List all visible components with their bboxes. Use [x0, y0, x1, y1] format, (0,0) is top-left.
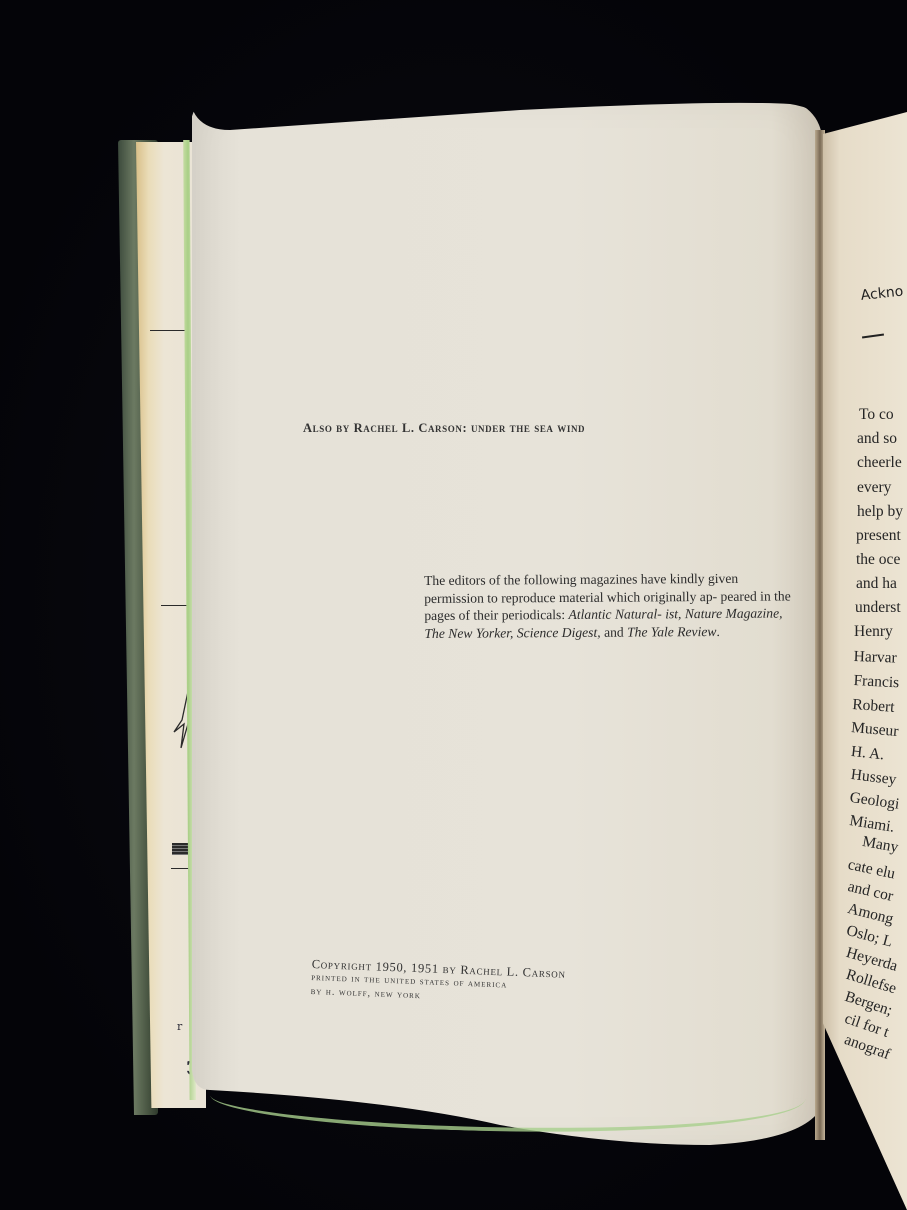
- right-line: Henry: [854, 623, 893, 641]
- jacket-rule-1: [150, 330, 185, 331]
- book-photo-scene: r C Also by Rachel L. Carson: under the …: [0, 0, 907, 1210]
- right-line: Francis: [853, 672, 900, 692]
- right-line: help by: [857, 503, 903, 521]
- right-line: Harvar: [853, 648, 897, 667]
- right-line: underst: [855, 599, 901, 617]
- permission-line-2: permission to reproduce material which o…: [424, 588, 717, 605]
- right-line: the oce: [856, 551, 900, 569]
- right-line: Robert: [852, 696, 895, 717]
- periodical-yale-review: The Yale Review: [627, 623, 716, 639]
- right-line: and so: [857, 430, 897, 448]
- also-by-line: Also by Rachel L. Carson: under the sea …: [303, 421, 585, 436]
- permission-line-1: The editors of the following magazines h…: [424, 571, 738, 588]
- right-line: every: [857, 479, 891, 497]
- right-line: To co: [859, 406, 894, 424]
- permission-paragraph: The editors of the following magazines h…: [424, 569, 796, 642]
- right-line: and ha: [856, 575, 897, 593]
- right-line: present: [856, 527, 901, 545]
- right-line: H. A.: [850, 743, 885, 764]
- right-line: cheerle: [857, 454, 902, 472]
- permission-line-5: and: [604, 624, 627, 639]
- jacket-mark-small: r: [177, 1020, 182, 1033]
- periodical-atlantic-naturalist: Atlantic Natural-: [568, 606, 661, 622]
